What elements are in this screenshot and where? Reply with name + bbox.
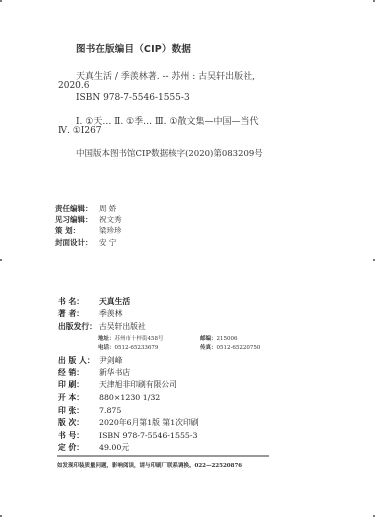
info-value: ISBN 978-7-5546-1555-3 xyxy=(99,431,197,440)
divider-rule xyxy=(57,455,269,457)
staff-label: 封面设计： xyxy=(55,237,99,248)
cip-classification-line1: Ⅰ. ①天… Ⅱ. ①季… Ⅲ. ①散文集—中国—当代 xyxy=(76,114,258,127)
info-label: 印 张： xyxy=(58,405,99,416)
info-value: 新华书店 xyxy=(99,368,130,377)
info-value: 2020年6月第1版 第1次印刷 xyxy=(99,418,199,427)
staff-row: 封面设计：安 宁 xyxy=(55,237,116,248)
info-label: 书 名： xyxy=(58,296,99,307)
info-row-format: 开 本：880×1230 1/32 xyxy=(58,392,160,403)
info-row-author: 著 者：季羡林 xyxy=(58,308,122,319)
staff-value: 周 娇 xyxy=(99,204,116,213)
info-label: 版 次： xyxy=(58,417,99,428)
info-value: 215006 xyxy=(217,336,238,342)
info-label: 著 者： xyxy=(58,308,99,319)
info-row-publisher-person: 出 版 人：尹剑峰 xyxy=(58,355,122,366)
crop-mark xyxy=(0,259,2,261)
info-row-edition: 版 次：2020年6月第1版 第1次印刷 xyxy=(58,417,199,428)
info-label: 印 刷： xyxy=(58,379,99,390)
info-label: 传真： xyxy=(200,345,217,351)
info-postcode: 邮编：215006 xyxy=(200,334,238,342)
info-row-price: 定 价：49.00元 xyxy=(58,442,129,453)
info-value: 7.875 xyxy=(99,406,121,415)
cip-title: 图书在版编目（CIP）数据 xyxy=(76,41,191,55)
cip-entry-line1: 天真生活 / 季羡林著. -- 苏州 : 古吴轩出版社, xyxy=(76,69,255,82)
info-value: 49.00元 xyxy=(99,443,129,452)
cip-isbn: ISBN 978-7-5546-1555-3 xyxy=(76,93,190,103)
info-label: 出 版 人： xyxy=(58,355,99,366)
staff-label: 责任编辑： xyxy=(55,203,99,214)
staff-row: 策 划：梁珍珍 xyxy=(55,225,122,236)
info-value: 880×1230 1/32 xyxy=(99,393,160,402)
info-value: 0512-65220750 xyxy=(217,345,261,351)
info-label: 邮编： xyxy=(200,336,217,342)
cip-classification-line2: Ⅳ. ①I267 xyxy=(58,126,102,136)
info-row-book-number: 书 号：ISBN 978-7-5546-1555-3 xyxy=(58,430,197,441)
info-value: 苏州市十梓街458号 xyxy=(115,336,164,342)
info-value: 天真生活 xyxy=(99,297,130,306)
info-value: 0512-65233679 xyxy=(115,345,159,351)
info-phone: 电话：0512-65233679 xyxy=(98,343,158,351)
staff-value: 安 宁 xyxy=(99,238,116,247)
quality-notice: 如发现印装质量问题，影响阅读，请与印刷厂联系调换。022—22520876 xyxy=(57,461,242,469)
info-row-sheets: 印 张：7.875 xyxy=(58,405,121,416)
info-label: 定 价： xyxy=(58,442,99,453)
staff-label: 见习编辑： xyxy=(55,214,99,225)
info-label: 出版发行： xyxy=(58,321,99,332)
cip-entry-line2: 2020.6 xyxy=(58,81,90,91)
cip-verification: 中国版本图书馆CIP数据核字(2020)第083209号 xyxy=(76,147,263,159)
info-value: 尹剑峰 xyxy=(99,356,122,365)
staff-row: 责任编辑：周 娇 xyxy=(55,203,116,214)
staff-value: 祝文秀 xyxy=(99,215,122,224)
info-row-distributor: 经 销：新华书店 xyxy=(58,367,130,378)
info-label: 书 号： xyxy=(58,430,99,441)
staff-label: 策 划： xyxy=(55,225,99,236)
info-value: 季羡林 xyxy=(99,309,122,318)
info-row-book-name: 书 名：天真生活 xyxy=(58,296,130,307)
info-value: 天津旭非印刷有限公司 xyxy=(99,380,177,389)
staff-row: 见习编辑：祝文秀 xyxy=(55,214,122,225)
crop-mark xyxy=(0,0,2,2)
info-label: 经 销： xyxy=(58,367,99,378)
info-label: 电话： xyxy=(98,345,115,351)
info-label: 地址： xyxy=(98,336,115,342)
info-row-printer: 印 刷：天津旭非印刷有限公司 xyxy=(58,379,177,390)
info-value: 古吴轩出版社 xyxy=(99,322,146,331)
info-row-publisher: 出版发行：古吴轩出版社 xyxy=(58,321,146,332)
staff-value: 梁珍珍 xyxy=(99,226,122,235)
info-fax: 传真：0512-65220750 xyxy=(200,343,260,351)
info-address: 地址：苏州市十梓街458号 xyxy=(98,334,164,342)
info-label: 开 本： xyxy=(58,392,99,403)
